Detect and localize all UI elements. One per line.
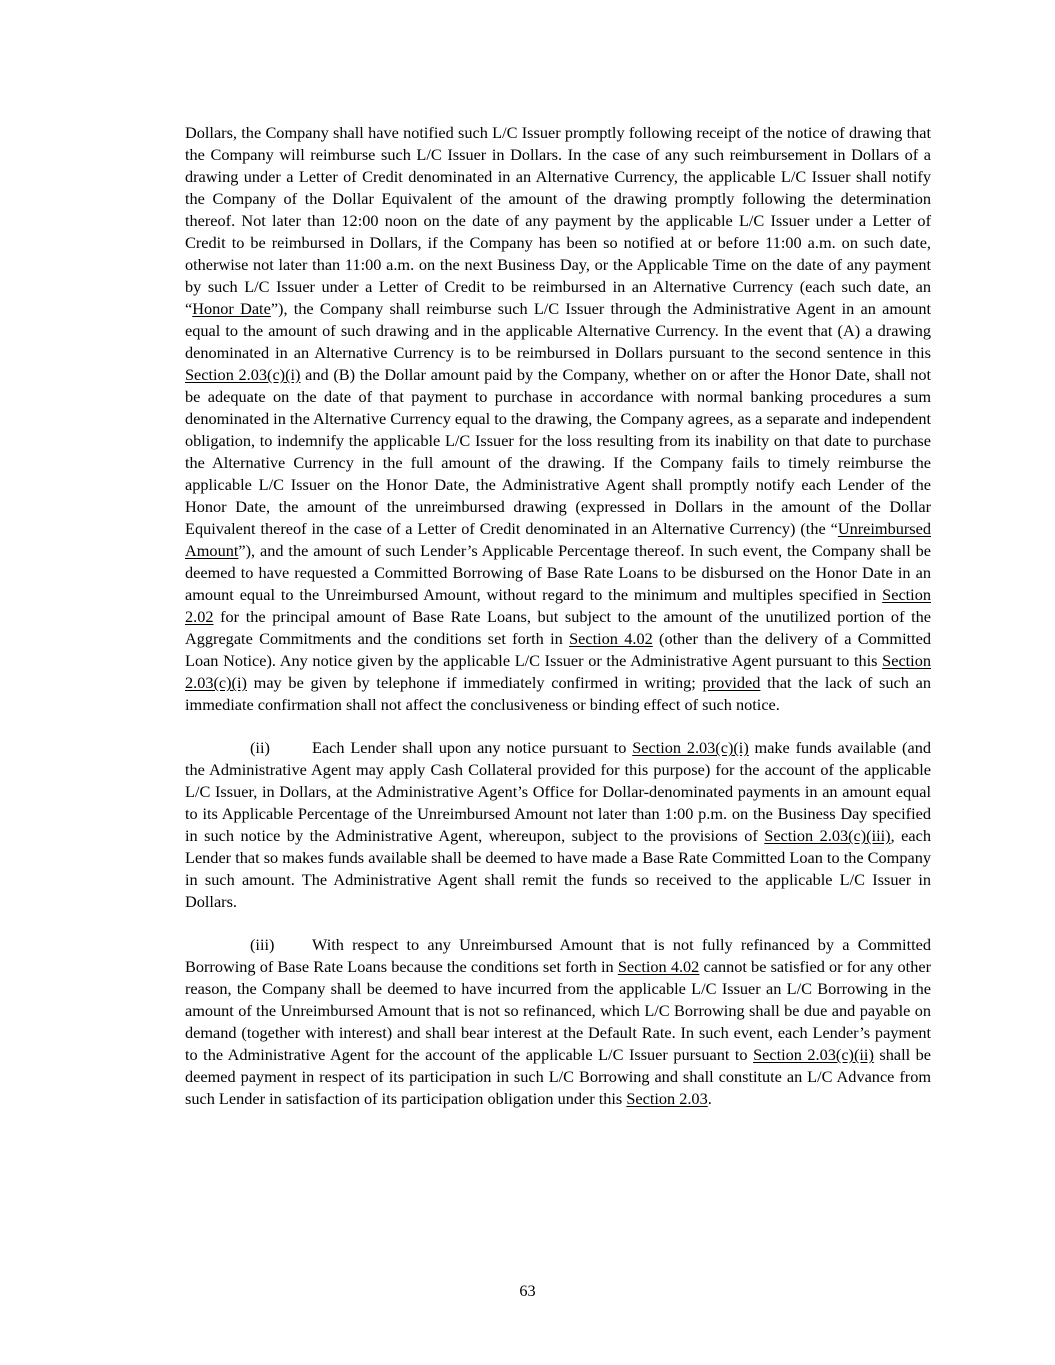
underlined-term: Section 4.02: [618, 957, 700, 976]
text-run: Each Lender shall upon any notice pursua…: [312, 738, 632, 757]
text-run: ”), the Company shall reimburse such L/C…: [185, 299, 931, 362]
paragraph-label: (ii): [250, 737, 312, 759]
text-run: .: [708, 1089, 712, 1108]
paragraph-c-ii: (ii)Each Lender shall upon any notice pu…: [185, 737, 931, 913]
paragraph-c-iii: (iii)With respect to any Unreimbursed Am…: [185, 934, 931, 1110]
paragraph-label: (iii): [250, 934, 312, 956]
text-run: and (B) the Dollar amount paid by the Co…: [185, 365, 931, 538]
paragraph-c-i-continuation: Dollars, the Company shall have notified…: [185, 122, 931, 716]
text-run: Dollars, the Company shall have notified…: [185, 123, 931, 318]
underlined-term: provided: [703, 673, 761, 692]
underlined-term: Honor Date: [192, 299, 271, 318]
underlined-term: Section 2.03(c)(iii): [764, 826, 890, 845]
text-run: may be given by telephone if immediately…: [247, 673, 703, 692]
page-number: 63: [0, 1280, 1055, 1302]
text-run: ”), and the amount of such Lender’s Appl…: [185, 541, 931, 604]
underlined-term: Section 2.03: [626, 1089, 707, 1108]
underlined-term: Section 4.02: [569, 629, 653, 648]
document-page: Dollars, the Company shall have notified…: [0, 0, 1055, 1365]
paragraph-container: Dollars, the Company shall have notified…: [185, 122, 931, 1110]
underlined-term: Section 2.03(c)(i): [632, 738, 749, 757]
underlined-term: Section 2.03(c)(i): [185, 365, 300, 384]
underlined-term: Section 2.03(c)(ii): [753, 1045, 874, 1064]
